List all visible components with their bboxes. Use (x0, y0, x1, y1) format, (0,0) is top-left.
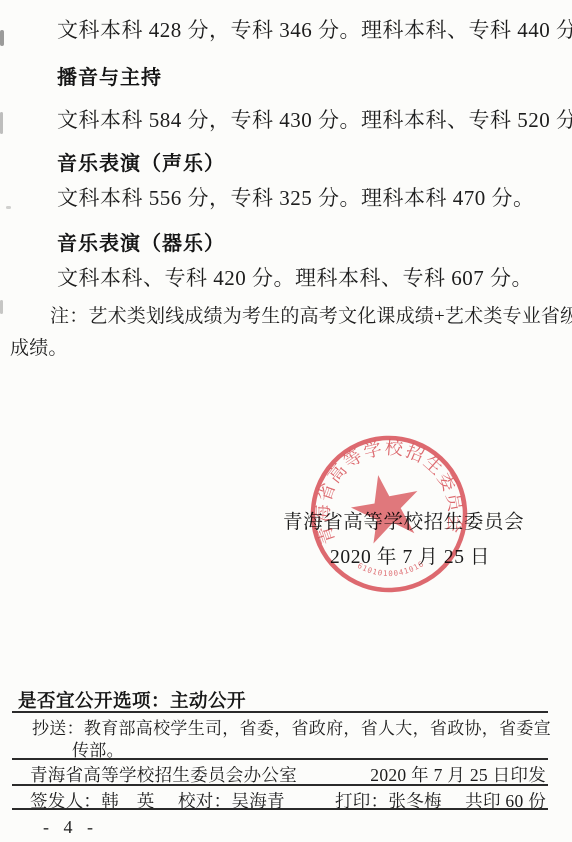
note-line-2: 成绩。 (10, 333, 68, 360)
heading-music-vocal: 音乐表演（声乐） (57, 147, 225, 176)
divider (12, 808, 548, 810)
score-line-music-vocal: 文科本科 556 分，专科 325 分。理科本科 470 分。 (57, 182, 535, 212)
star-icon (350, 474, 419, 544)
divider (12, 711, 548, 713)
scan-artifact (0, 30, 4, 46)
scanned-document-page: 文科本科 428 分，专科 346 分。理科本科、专科 440 分。 播音与主持… (0, 0, 572, 842)
page-number: - 4 - (43, 817, 98, 838)
seal-icon: 青海省高等学校招生委员会 6101010041016 (303, 428, 475, 600)
heading-music-instrument: 音乐表演（器乐） (57, 227, 225, 256)
heading-broadcasting: 播音与主持 (57, 61, 162, 90)
score-line-art: 文科本科 428 分，专科 346 分。理科本科、专科 440 分。 (57, 14, 572, 44)
seal-code-text: 6101010041016 (356, 559, 427, 580)
official-seal-stamp: 青海省高等学校招生委员会 6101010041016 (303, 428, 475, 600)
divider (12, 758, 548, 760)
score-line-broadcasting: 文科本科 584 分，专科 430 分。理科本科、专科 520 分。 (57, 104, 572, 134)
scan-artifact (0, 300, 3, 314)
note-line-1: 注：艺术类划线成绩为考生的高考文化课成绩+艺术类专业省级统考 (50, 301, 572, 328)
publicity-option: 是否宜公开选项：主动公开 (18, 687, 246, 713)
seal-ring-text: 青海省高等学校招生委员会 (310, 435, 467, 547)
scan-artifact (0, 112, 3, 134)
svg-text:6101010041016: 6101010041016 (356, 559, 427, 580)
divider (12, 784, 548, 786)
score-line-music-instrument: 文科本科、专科 420 分。理科本科、专科 607 分。 (57, 262, 533, 292)
scan-artifact (6, 206, 11, 209)
svg-text:青海省高等学校招生委员会: 青海省高等学校招生委员会 (310, 435, 467, 547)
